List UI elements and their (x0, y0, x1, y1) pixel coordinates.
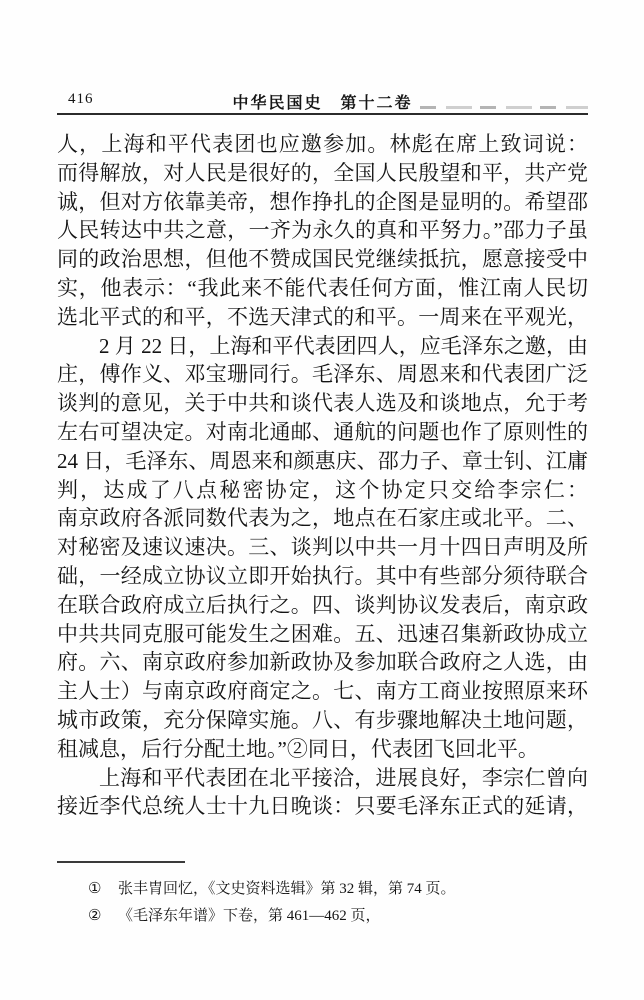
book-page: 416 中华民国史 第十二卷 人，上海和平代表团也应邀参加。林彪在席上致词说：“… (0, 0, 644, 1000)
body-line: 府。六、南京政府参加新政协及参加联合政府之人选，由中共（包括民 (57, 648, 588, 677)
body-line: 判，达成了八点秘密协定，这个协定只交给李宗仁：“一、谈判以中共与 (57, 476, 588, 505)
body-line paragraph-end: 租减息，后行分配土地。”②同日，代表团飞回北平。 (57, 735, 588, 764)
header-rule (57, 113, 588, 115)
body-line: 接近李代总统人士十九日晚谈：只要毛泽东正式的延请，李代总统可以 (57, 792, 588, 821)
footnote-text: 张丰胄回忆，《文史资料选辑》第 32 辑，第 74 页。 (118, 876, 588, 903)
body-line: 而得解放，对人民是很好的，全国人民殷望和平，共产党对和平一片真 (57, 159, 588, 188)
body-line: 城市政策，充分保障实施。八、有步骤地解决土地问题，一般先进行减 (57, 706, 588, 735)
body-line: 人，上海和平代表团也应邀参加。林彪在席上致词说：“北平未经炮火 (57, 130, 588, 159)
footnotes: ① 张丰胄回忆，《文史资料选辑》第 32 辑，第 74 页。 ② 《毛泽东年谱》… (88, 876, 588, 930)
body-line: 中共共同克服可能发生之困难。五、迅速召集新政协成立民主联合政 (57, 620, 588, 649)
footnote-marker: ② (88, 903, 118, 930)
body-line paragraph-start: 2 月 22 日，上海和平代表团四人，应毛泽东之邀，由北平飞往石家 (57, 332, 588, 361)
body-line paragraph-start: 上海和平代表团在北平接洽，进展良好，李宗仁曾向外界透露：“据 (57, 764, 588, 793)
body-line: 诚，但对方依靠美帝，想作挣扎的企图是显明的。希望邵公等南返，向 (57, 188, 588, 217)
footnote-text: 《毛泽东年谱》下卷，第 461—462 页， (118, 903, 588, 930)
body-line: 左右可望决定。对南北通邮、通航的问题也作了原则性的安排。2 月 (57, 418, 588, 447)
body-line: 同的政治思想，但他不赞成国民党继续抵抗，愿意接受中共胜利的事 (57, 245, 588, 274)
body-line: 对秘密及速议速决。三、谈判以中共一月十四日声明及所提八条为基 (57, 533, 588, 562)
body-line: 南京政府各派同数代表为之，地点在石家庄或北平。二、谈判方式取绝 (57, 504, 588, 533)
footnote-separator-rule (57, 861, 185, 863)
scan-smudge-artifact (420, 106, 588, 109)
body-line: 人民转达中共之意，一齐为永久的真和平努力。”邵力子虽和中共有不 (57, 216, 588, 245)
footnote-item: ① 张丰胄回忆，《文史资料选辑》第 32 辑，第 74 页。 (88, 876, 588, 903)
body-line: 主人士）与南京政府商定之。七、南方工商业按照原来环境，依据中共 (57, 677, 588, 706)
body-line: 实，他表示：“我此来不能代表任何方面，惟江南人民切盼和平，并且宁 (57, 274, 588, 303)
footnote-item: ② 《毛泽东年谱》下卷，第 461—462 页， (88, 903, 588, 930)
body-line: 在联合政府成立后执行之。四、谈判协议发表后，南京政府团结力量与 (57, 591, 588, 620)
body-line: 24 日，毛泽东、周恩来和颜惠庆、邵力子、章士钊、江庸的非正式的谈 (57, 447, 588, 476)
body-line: 选北平式的和平，不选天津式的和平。一周来在平观光，觉得很好。”① (57, 303, 588, 332)
body-line: 庄，傅作义、邓宝珊同行。毛泽东、周恩来和代表团广泛交换了对和平 (57, 360, 588, 389)
body-line: 谈判的意见，关于中共和谈代表人选及和谈地点，允于考虑，3 月 15 日 (57, 389, 588, 418)
running-head-title: 中华民国史 第十二卷 (57, 90, 588, 113)
footnote-marker: ① (88, 876, 118, 903)
body-text: 人，上海和平代表团也应邀参加。林彪在席上致词说：“北平未经炮火 而得解放，对人民… (57, 130, 588, 821)
body-line: 础，一经成立协议立即开始执行。其中有些部分须待联合政府办理者， (57, 562, 588, 591)
